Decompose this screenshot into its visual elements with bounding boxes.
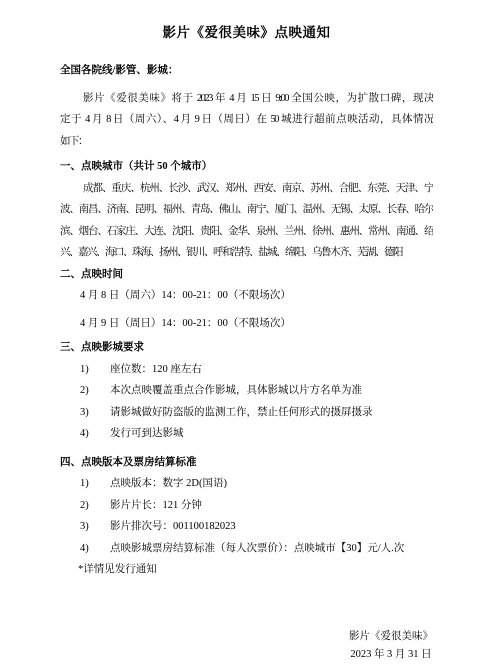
city-list-line: 滨、烟台、石家庄、大连、沈阳、贵阳、金华、泉州、兰州、徐州、惠州、常州、南通、绍 (60, 221, 433, 243)
section-settlement-heading: 四、点映版本及票房结算标准 (60, 452, 433, 474)
section-time-heading: 二、点映时间 (60, 264, 433, 286)
intro-line: 定于 4 月 8 日（周六）、4 月 9 日（周日）在 50 城进行超前点映活动… (60, 109, 433, 131)
requirement-item: 4) 发行可到达影城 (60, 423, 433, 445)
item-number: 2) (60, 380, 110, 402)
page-title: 影片《爱很美味》点映通知 (60, 24, 433, 41)
item-text: 影片片长：121 分钟 (110, 495, 433, 517)
requirement-item: 3) 请影城做好防盗版的监测工作，禁止任何形式的摄屏摄录 (60, 402, 433, 424)
requirement-item: 1) 座位数：120 座左右 (60, 359, 433, 381)
item-number: 3) (60, 516, 110, 538)
settlement-item: 3) 影片排次号：001100182023 (60, 516, 433, 538)
settlement-footnote: *详情见发行通知 (78, 559, 433, 581)
item-text: 点映版本：数字 2D(国语) (110, 473, 433, 495)
section-requirements-heading: 三、点映影城要求 (60, 337, 433, 359)
item-text: 发行可到达影城 (110, 423, 433, 445)
intro-paragraph: 影片《爱很美味》将于 2023 年 4 月 15 日 9:00 全国公映，为扩散… (60, 88, 433, 153)
settlement-item: 2) 影片片长：121 分钟 (60, 495, 433, 517)
signature-block: 影片《爱很美味》 2023 年 3 月 31 日 (349, 628, 433, 664)
item-number: 4) (60, 423, 110, 445)
item-text: 本次点映覆盖重点合作影城，具体影城以片方名单为准 (110, 380, 433, 402)
item-number: 1) (60, 473, 110, 495)
settlement-item: 4) 点映影城票房结算标准（每人次票价）：点映城市【30】元/人.次 (60, 538, 433, 560)
screening-time-slot: 4 月 8 日（周六）14：00-21：00（不限场次） (80, 285, 433, 307)
signature-name: 影片《爱很美味》 (349, 628, 433, 646)
settlement-item: 1) 点映版本：数字 2D(国语) (60, 473, 433, 495)
item-number: 3) (60, 402, 110, 424)
salutation: 全国各院线/影管、影城： (60, 60, 433, 82)
signature-date: 2023 年 3 月 31 日 (349, 646, 433, 664)
city-list-line: 兴、嘉兴、海口、珠海、扬州、银川、呼和浩特、盐城、绵阳、乌鲁木齐、芜湖、德阳 (60, 242, 433, 264)
city-list: 成都、重庆、杭州、长沙、武汉、郑州、西安、南京、苏州、合肥、东莞、天津、宁 波、… (60, 178, 433, 264)
section-cities-heading: 一、点映城市（共计 50 个城市） (60, 156, 433, 178)
item-text: 点映影城票房结算标准（每人次票价）：点映城市【30】元/人.次 (110, 538, 433, 560)
item-number: 2) (60, 495, 110, 517)
item-text: 请影城做好防盗版的监测工作，禁止任何形式的摄屏摄录 (110, 402, 433, 424)
intro-line: 影片《爱很美味》将于 2023 年 4 月 15 日 9:00 全国公映，为扩散… (60, 88, 433, 110)
intro-line: 如下： (60, 131, 433, 153)
city-list-line: 成都、重庆、杭州、长沙、武汉、郑州、西安、南京、苏州、合肥、东莞、天津、宁 (60, 178, 433, 200)
item-text: 影片排次号：001100182023 (110, 516, 433, 538)
requirement-item: 2) 本次点映覆盖重点合作影城，具体影城以片方名单为准 (60, 380, 433, 402)
item-text: 座位数：120 座左右 (110, 359, 433, 381)
item-number: 1) (60, 359, 110, 381)
document-page: 影片《爱很美味》点映通知 全国各院线/影管、影城： 影片《爱很美味》将于 202… (0, 0, 492, 668)
screening-time-slot: 4 月 9 日（周日）14：00-21：00（不限场次） (80, 313, 433, 335)
item-number: 4) (60, 538, 110, 560)
city-list-line: 波、南昌、济南、昆明、福州、青岛、佛山、南宁、厦门、温州、无锡、太原、长春、哈尔 (60, 199, 433, 221)
